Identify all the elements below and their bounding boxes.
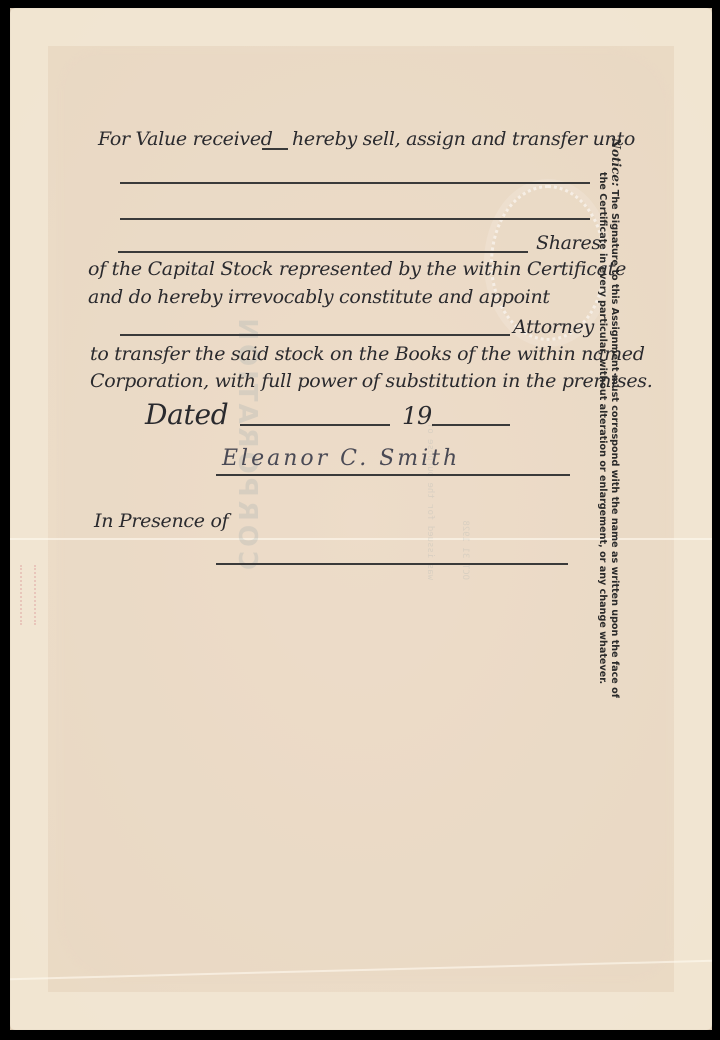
shares-label: Shares xyxy=(536,232,601,254)
show-through-date: OCT 31 1928 xyxy=(460,520,470,580)
corporation-substitution-text: Corporation, with full power of substitu… xyxy=(90,370,652,392)
notice-line-2: the Certificate in every particular, wit… xyxy=(596,138,608,558)
notice-label: Notice: xyxy=(609,138,623,186)
assign-transfer-text: hereby sell, assign and transfer unto xyxy=(292,128,635,150)
notice-text: Notice: The Signature to this Assignment… xyxy=(596,138,622,558)
for-value-received-text: For Value received xyxy=(98,128,273,150)
attorney-label: Attorney xyxy=(513,316,594,338)
appoint-text: and do hereby irrevocably constitute and… xyxy=(88,286,550,308)
dated-label: Dated xyxy=(145,398,228,431)
capital-stock-text: of the Capital Stock represented by the … xyxy=(88,258,626,280)
signature: Eleanor C. Smith xyxy=(222,446,460,471)
witness-line[interactable] xyxy=(216,563,568,565)
blank-value-line xyxy=(262,148,288,150)
attorney-name-line[interactable] xyxy=(120,334,510,336)
transferee-line-2[interactable] xyxy=(120,218,590,220)
transferee-line-1[interactable] xyxy=(120,182,590,184)
margin-perforation-mark xyxy=(20,565,36,625)
shares-count-line[interactable] xyxy=(118,251,528,253)
transfer-books-text: to transfer the said stock on the Books … xyxy=(90,343,645,365)
year-line[interactable] xyxy=(432,424,510,426)
signature-line[interactable] xyxy=(216,474,570,476)
in-presence-of-label: In Presence of xyxy=(94,510,228,532)
date-line[interactable] xyxy=(240,424,390,426)
notice-line-1: The Signature to this Assignment must co… xyxy=(609,190,620,698)
year-prefix: 19 xyxy=(402,402,432,430)
